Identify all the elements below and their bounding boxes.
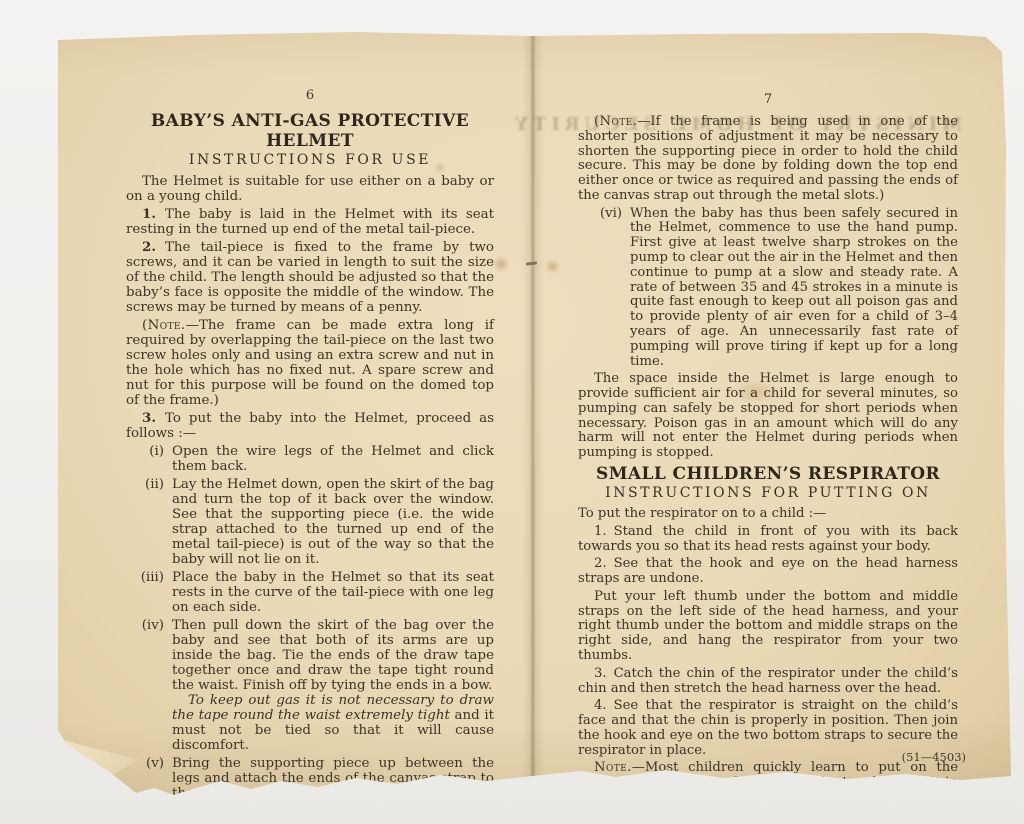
staple-mark [526,261,537,265]
page-number-6: 6 [126,88,494,103]
list-label: (iv) [126,618,164,633]
list-text: When the baby has thus been safely secur… [630,206,958,369]
step-text: See that the respirator is straight on t… [578,698,958,757]
list-label: (vi) [578,207,622,222]
step-text: The baby is laid in the Helmet with its … [126,207,494,237]
page7-thumbs-paragraph: Put your left thumb under the bottom and… [578,590,958,664]
step-number: 4. [594,698,614,713]
list-text: Lay the Helmet down, open the skirt of t… [172,477,494,567]
step-text: Catch the chin of the respirator under t… [578,666,958,696]
center-fold [522,30,544,798]
stain-spot [492,256,510,272]
page6-note-paragraph: (Note.—The frame can be made extra long … [126,318,494,408]
page6-intro-paragraph: The Helmet is suitable for use either on… [126,174,494,204]
step-number: 2. [594,556,614,571]
list-label: (ii) [126,477,164,492]
page6-step-1: 1.The baby is laid in the Helmet with it… [126,207,494,237]
step-number: 2. [142,239,165,255]
step-text: Put your left thumb under the bottom and… [578,589,958,663]
list-item-iv-caution: To keep out gas it is not necessary to d… [172,693,494,753]
stain-spot [544,259,561,274]
list-item-ii: (ii) Lay the Helmet down, open the skirt… [126,477,494,567]
page7-step-1: 1.Stand the child in front of you with i… [578,525,958,555]
page-7: MINISTRY OF HOME SECURITY 7 (Note.—If th… [578,92,958,809]
showthrough-text: MINISTRY OF HOME SECURITY [574,114,962,135]
page6-step-2: 2.The tail-piece is fixed to the frame b… [126,240,494,315]
booklet-spread: 6 BABY’S ANTI-GAS PROTECTIVE HELMET INST… [56,30,1018,798]
step-number: 3. [142,410,165,426]
list-text: Bring the supporting piece up between th… [172,756,494,816]
caution-italic: To keep out gas it is not necessary to d… [172,693,494,723]
page-number-7: 7 [578,92,958,107]
step-text: See that the hook and eye on the head ha… [578,556,958,586]
note-lead: (Note. [142,318,186,333]
note-text: —Most children quickly learn to put on t… [578,760,958,805]
list-item-iv: (iv) Then pull down the skirt of the bag… [126,618,494,753]
list-item-i: (i) Open the wire legs of the Helmet and… [126,444,494,474]
list-label: (i) [126,444,164,459]
step-number: 1. [142,206,165,222]
list-item-vi: (vi) When the baby has thus been safely … [578,207,958,370]
list-text: Open the wire legs of the Helmet and cli… [172,444,494,474]
page7-final-note: Note.—Most children quickly learn to put… [578,761,958,805]
page7-step-3: 3.Catch the chin of the respirator under… [578,667,958,697]
page7-step-2: 2.See that the hook and eye on the head … [578,557,958,587]
list-item-iii: (iii) Place the baby in the Helmet so th… [126,570,494,615]
note-lead: Note. [594,760,632,775]
page6-subheading: INSTRUCTIONS FOR USE [126,152,494,168]
step-number: 3. [594,666,614,681]
page7-space-paragraph: The space inside the Helmet is large eno… [578,372,958,461]
step-text: To put the baby into the Helmet, proceed… [126,411,494,441]
page6-step-3: 3.To put the baby into the Helmet, proce… [126,411,494,441]
list-label: (iii) [126,570,164,585]
page7-heading: SMALL CHILDREN’S RESPIRATOR [578,464,958,484]
step-text: The tail-piece is fixed to the frame by … [126,240,494,315]
page-6: 6 BABY’S ANTI-GAS PROTECTIVE HELMET INST… [126,88,494,819]
page7-intro-paragraph: To put the respirator on to a child :— [578,507,958,522]
page7-subheading: INSTRUCTIONS FOR PUTTING ON [578,485,958,501]
page6-heading: BABY’S ANTI-GAS PROTECTIVE HELMET [126,111,494,151]
print-code: (51—4503) [816,750,966,764]
list-text: Place the baby in the Helmet so that its… [172,570,494,615]
list-text: Then pull down the skirt of the bag over… [172,618,494,693]
step-text: Stand the child in front of you with its… [578,524,958,554]
step-number: 1. [594,524,614,539]
list-item-v: (v) Bring the supporting piece up betwee… [126,756,494,816]
